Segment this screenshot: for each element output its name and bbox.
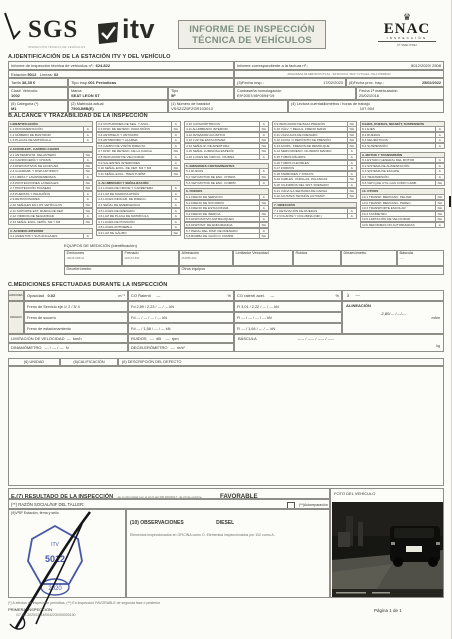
checklist-item-label: 1.IDENTIFICACIÓN <box>9 122 92 126</box>
invoice-number-value: 5012/2020/ 2508 <box>411 62 441 69</box>
checklist-item-label: 9. MOTOR Y TRANSMISIÓN <box>361 153 444 157</box>
checklist-item-status: A <box>435 138 445 142</box>
checklist-item-status: A <box>171 192 181 196</box>
freno-estacionamiento-label: Freno de estacionamiento <box>24 323 128 334</box>
ruidos-db-value: --- <box>150 336 154 341</box>
checklist-item-status: NA <box>347 127 357 131</box>
report-number-label: Informe de inspección técnica de vehícul… <box>11 63 95 68</box>
ruidos-rpm-unit: rpm <box>172 336 179 341</box>
checklist-item-label: 3.9 SALIENTES INTERIORES <box>97 161 171 165</box>
frenado-row-label: FRENADO <box>8 301 24 334</box>
checklist-item-status: NA <box>83 164 93 168</box>
dinamometro-unit: N <box>66 345 69 350</box>
checklist-item-label: 2.9 RETROVISORES <box>9 197 83 201</box>
checklist-item-status: A <box>259 181 269 185</box>
checklist-item-label: 6.9 INDICADOR DE BAJA PRESIÓN <box>273 122 347 126</box>
alineacion-unit: m/km <box>346 316 440 320</box>
sgs-logo-caption: INSPECCIÓN TÉCNICA DE VEHÍCULOS <box>28 46 85 49</box>
defect-list-empty-area <box>8 366 444 486</box>
checklist-item-status: A <box>171 220 181 224</box>
checklist-item-status: NA <box>259 223 269 227</box>
checklist-item-status: A <box>259 155 269 159</box>
checklist-item-status: A <box>435 133 445 137</box>
checklist-item-label: 6.20 CILINDROS DEL SIST. FRENADO <box>273 183 347 187</box>
checklist-item-status: NA <box>83 153 93 157</box>
checklist-item-label: 2.ACOND.EXT., CARROC.CHASIS <box>9 147 92 151</box>
checklist-item-status: A <box>171 209 181 213</box>
checklist-item-status: NA <box>83 169 93 173</box>
equipment-cell: Ruidos <box>293 250 341 266</box>
checklist-item-status: NA <box>259 234 269 238</box>
equipment-cell: Báscula----- <box>397 250 444 266</box>
checklist-item-label: 8.2 RUEDAS <box>361 133 435 137</box>
section-a-title: A.IDENTIFICACIÓN DE LA ESTACIÓN ITV Y DE… <box>8 54 171 60</box>
checklist-item-label: 4.11 ALUMBRADO INTERIOR <box>185 127 259 131</box>
checklist-item-status: NA <box>171 149 181 153</box>
bascula-value: ----- / ----- / ----- / ----- <box>298 336 335 341</box>
checklist-item-label: 4.10 CATADIÓPTRICOS <box>185 122 259 126</box>
checklist-item-status: A <box>259 169 269 173</box>
enac-name: ENAC <box>378 22 436 36</box>
field-opacidad: Opacidad 0.02 m⁻¹ <box>24 290 128 301</box>
lectura-km-value: 107.904 <box>291 106 443 111</box>
checklist-item-label: 6.1 FRENO DE SERVICIO <box>185 195 259 199</box>
equipment-cell: Decelerómetro <box>64 266 179 275</box>
fecha-matriculacion-value: 25/02/2016 <box>359 93 443 98</box>
checklist-item-status: A <box>83 133 93 137</box>
field-tipo: Tipo 5F <box>168 87 234 100</box>
field-fecha-matriculacion: Fecha 1ª matriculación 25/02/2016 <box>356 87 444 100</box>
checklist-item-status: NA <box>171 166 181 170</box>
checklist-item-label: 3.7 DISP. DE RETENC. DE LA CARGA <box>97 149 171 153</box>
checklist-column-1: 1.IDENTIFICACIÓN1.1 DOCUMENTACIÓNA1.2 NÚ… <box>8 121 93 239</box>
checklist-item-label: 1.1 DOCUMENTACIÓN <box>9 127 83 131</box>
checklist-item-status: A <box>83 214 93 218</box>
checklist-item-label: 5.3 VEH.MOTOR DE ENC. COMPR. <box>185 181 259 185</box>
bascula-label: BÁSCULA <box>238 336 256 341</box>
checklist-item-label: 2.6 PROTECCIONES LATERALES <box>9 181 83 185</box>
checklist-item-status: NA <box>171 172 181 176</box>
field-dinamometro: DINAMÓMETRO --- / --- / --- N <box>8 343 128 352</box>
checklist-item-label: 4.5 LUCES DE FRENADO <box>97 209 171 213</box>
tipo-inspeccion-value: 001 Periodicas <box>88 80 116 85</box>
equipment-label: Limitador Velocidad <box>234 251 292 256</box>
emisiones-row-label: EMISIONES <box>8 290 24 301</box>
checklist-item-status: A <box>83 197 93 201</box>
station-value: 5012 <box>27 72 36 77</box>
field-resultado: E.(7) RESULTADO DE LA INSPECCIÓN de conf… <box>8 488 330 499</box>
field-alineacion: ALINEACIÓN -2,80/--- /---/--- m/km <box>342 301 444 334</box>
checklist-item-label: 2.11 SOPORTE EXT. RUEDA DE REP. <box>9 209 83 213</box>
checklist-item-label: 10.5 LIMITACIÓN DE VELOCIDAD <box>361 217 435 221</box>
checklist-item: 4.9 LUZ DE GÁLIBONA <box>96 230 181 236</box>
co-ralenti-unit: % <box>227 291 231 301</box>
checklist-item-status: A <box>347 155 357 159</box>
limitacion-unit: km/h <box>73 336 82 341</box>
checklist-item-label: 3.3 DISP. DE RETENC. PARA NIÑOS <box>97 127 171 131</box>
checklist-item-status: A <box>259 133 269 137</box>
enac-subtitle: INSPECCIÓN <box>378 36 436 40</box>
checklist-item-label: 3.2 CINTURONES DE SEG. Y ANCL. <box>97 122 171 126</box>
checklist-item-status: NA <box>83 220 93 224</box>
enac-logo: ♛ ENAC INSPECCIÓN Nº 36/EI.IT034 <box>378 13 436 47</box>
equipment-label: Ruidos <box>294 251 340 256</box>
checklist-item-label: 3.11 SEÑAL.EXCL. TREN TURÍST. <box>97 172 171 176</box>
checklist-item-label: 2.8 PUERTAS Y PELDAÑOS <box>9 192 83 196</box>
freno-socorro-label: Freno de socorro <box>24 312 128 323</box>
checklist-item-status: NA <box>171 231 181 235</box>
checklist-item-status: NA <box>347 189 357 193</box>
fecha-proxima-value: 25/02/2022 <box>422 79 441 86</box>
checklist-item-label: 6.4 FRENO DE INERCIA <box>185 212 259 216</box>
checklist-item: 6.8 BOMBA DE VACÍO O COMPR.NA <box>184 233 269 239</box>
categoria-value: M1 <box>11 106 67 111</box>
checklist-item-status: NA <box>259 138 269 142</box>
observaciones-note: Elementos inspeccionados en OFICINA como… <box>130 533 329 537</box>
equipment-label: Dinamómetro <box>342 251 396 256</box>
checklist-item-label: 3. ACONDIC.INTERIOR <box>9 229 92 233</box>
equipment-label: Decelerómetro <box>65 267 178 272</box>
field-limitacion-velocidad: LIMITACIÓN DE VELOCIDAD --- km/h <box>8 334 128 343</box>
checklist-item-label: 4.15 SEÑAL LUMINOSA ESPECÍF. <box>185 149 259 153</box>
checklist-item-label: 6.10 VÁLV. Y REGUL. FRENO MANO <box>273 127 347 131</box>
equipment-value: ----- <box>398 256 443 260</box>
checklist-item-status: A <box>83 175 93 179</box>
checklist-item-label: 4.14 SEÑALIZ. DE APERTURA <box>185 144 259 148</box>
checklist-item-label: 8.3 NEUMÁTICOS <box>361 138 435 142</box>
checklist-item-label: 5. EMISIONES CONTAMINANTES <box>185 164 268 168</box>
checklist-item-label: 6.14 SERVOFRENO. CILINDRO MANDO <box>273 149 347 153</box>
tarifa-value: 38,35 € <box>22 80 35 85</box>
checklist-item: 3.1 ASIENTOS Y SUS ANCLAJESA <box>8 233 93 239</box>
section-b-title: B.ALCANCE Y TRAZABILIDAD DE LA INSPECCIÓ… <box>8 113 148 119</box>
scanned-inspection-report: SGS INSPECCIÓN TÉCNICA DE VEHÍCULOS itv … <box>0 0 452 639</box>
checklist-item-label: 6.7 PEDAL DEL DISP. DE FRENADO <box>185 229 259 233</box>
checklist-item-status: A <box>171 161 181 165</box>
checklist-item-label: 2.10 SEÑALES EN LOS VEHÍCULOS <box>9 203 83 207</box>
checklist-item-label: 6.19 CABLES, VARILLAS, PALANCAS <box>273 177 347 181</box>
freno-socorro-fd: Fd --- / --- / --- / --- kN <box>128 312 234 323</box>
checklist-item-label: 9.1 ESTADO GENERAL DEL MOTOR <box>361 158 435 162</box>
co-acelerado-label: CO ralentí acel. <box>237 293 265 298</box>
checklist-item-status: A <box>435 127 445 131</box>
checklist-item-status: NA <box>435 206 445 210</box>
stamp-top-text: ITV <box>51 542 59 548</box>
checklist-item-status: NA <box>83 186 93 190</box>
observaciones-label: (10) OBSERVACIONES <box>130 520 184 526</box>
field-taller: (**) RAZÓN SOCIAL/NIF DEL TALLER: (**)Au… <box>8 499 330 509</box>
co-ralenti-label: CO Ralentí <box>131 293 151 298</box>
freno-socorro-fi: Fi --- / --- / --- / --- kN <box>234 312 342 323</box>
opacidad-unit: m⁻¹ <box>118 291 125 301</box>
checklist-column-5: 8.EJES, RUEDAS, NEUMÁT, SUSPENSIÓN8.1 EJ… <box>360 121 445 228</box>
lines-label: Líneas: <box>40 72 53 77</box>
checklist-item-label: 9.5 VEH.QUE UTIL.GAS COMO CARB. <box>361 181 435 185</box>
checklist-item: 7.2 VOLANTE Y COLUMNA (DIR.)A <box>272 213 357 219</box>
checklist-item-label: 6.22 AJUSTES TENSIÓN AUTOMÁT. <box>273 194 347 198</box>
checklist-item-label: 6.13 ACOPL. FRENOS DE REMOLQUE <box>273 144 347 148</box>
co-acelerado-unit: % <box>335 291 339 301</box>
checklist-item-status: NA <box>347 133 357 137</box>
checklist-column-2: 3.2 CINTURONES DE SEG. Y ANCL.A3.3 DISP.… <box>96 121 181 236</box>
ruidos-db-unit: dB <box>156 336 161 341</box>
equipment-cell: Dinamómetro <box>341 250 397 266</box>
checklist-item-status: A <box>435 223 445 227</box>
checklist-item-label: 10.3 TRANSPORTE ESCOLAR <box>361 206 435 210</box>
report-title: INFORME DE INSPECCIÓN TÉCNICA DE VEHÍCUL… <box>178 20 326 49</box>
checklist-item-label: 4.3 LUCES INDICAD. DE DIRECC. <box>97 197 171 201</box>
checklist-item-label: 2.1 ANTIEMPOTR. DELANTERO <box>9 153 83 157</box>
checklist-item-status: NA <box>347 122 357 126</box>
checklist-item-status: NA <box>259 127 269 131</box>
checklist-item-label: 6.21 VÁLVULA SENSORA DE CARGA <box>273 189 347 193</box>
checklist-item-label: 2.12 VIDRIOS DE SEGURIDAD <box>9 214 83 218</box>
checklist-item-status: NA <box>259 212 269 216</box>
checklist-item-status: A <box>83 127 93 131</box>
checklist-item-status: A <box>259 122 269 126</box>
freno-estacionamiento-fi: Fi --- / 1,64 / --- / --- kN <box>234 323 342 334</box>
footer-code: /17-02-2020/11:43/004223/000000130 <box>16 613 76 617</box>
checklist-item-label: 8.4 SUSPENSIÓN <box>361 144 435 148</box>
checklist-item-label: 5.2 VEH.MOTOR DE ENC. CHISPA <box>185 175 259 179</box>
field-fecha-proxima: (8)Fecha prox. insp.: 25/02/2022 <box>346 78 444 87</box>
checklist-item-label: 10.1 TRANSP. MERCANC. PELIGR. <box>361 195 435 199</box>
bastidor-value: VSSZZZ5FZGR103013 <box>171 106 287 111</box>
checklist-item-label: 6.5 DISPOSITIVO ANTIBLOQUEO <box>185 217 259 221</box>
report-title-line2: TÉCNICA DE VEHÍCULOS <box>179 35 325 46</box>
checklist-item-label: 4.13 LUZ DE ESTACIONAM. <box>185 138 259 142</box>
checklist-item-label: 4.8 LUCES ANTINIEBLA <box>97 225 171 229</box>
checklist-item-status: NA <box>347 177 357 181</box>
checklist-item-status: A <box>171 225 181 229</box>
freno-estacionamiento-fd: Fd --- / 1,58 / --- / --- kN <box>128 323 234 334</box>
field-clasificacion: Clasif. Vehículo: 1002 <box>8 87 68 100</box>
checklist-item-label: 4. ALUMBRADO Y SEÑALIZACIÓN <box>97 181 180 185</box>
field-bastidor: (1) Número de bastidor VSSZZZ5FZGR103013 <box>168 100 288 113</box>
fecha-inspeccion-value: 17/02/2020 <box>323 79 343 86</box>
checklist-item-label: 10. OTROS <box>361 189 444 193</box>
checklist-item-status: NA <box>259 149 269 153</box>
checklist-item-status: NA <box>347 194 357 198</box>
checklist-item-label: 3.10 SEÑAL.EXCL. DE VEH. M2 Y M3 <box>97 166 171 170</box>
checklist-item-status: A <box>171 197 181 201</box>
checklist-item-status: A <box>435 158 445 162</box>
checklist-item-label: 7.1 DESVIACIÓN DE RUEDAS <box>273 209 347 213</box>
scan-corner-mark <box>3 11 23 43</box>
checklist-item-label: 7.2 VOLANTE Y COLUMNA (DIR.) <box>273 214 347 218</box>
checklist-column-3: 4.10 CATADIÓPTRICOSA4.11 ALUMBRADO INTER… <box>184 121 269 239</box>
checklist-item-status: A <box>347 172 357 176</box>
checklist-item-status: A <box>171 138 181 142</box>
checklist-item-label: 4.7 LUCES DE POSICIÓN <box>97 220 171 224</box>
field-categoria: (5) Categoría (*) M1 <box>8 100 68 113</box>
limitacion-label: LIMITACIÓN DE VELOCIDAD <box>11 336 65 341</box>
checklist-item-status: A <box>259 217 269 221</box>
vehicle-photo-label: FOTO DEL VEHÍCULO <box>331 489 443 496</box>
checklist-item-status: NA <box>171 127 181 131</box>
co-acelerado-value: --- <box>270 293 274 298</box>
marca-value: SEAT LEON ST <box>71 93 167 98</box>
defect-col-calificacion: (6)CALIFICACIÓN <box>60 358 118 366</box>
checklist-item-status: A <box>435 164 445 168</box>
fecha-inspeccion-label: (3)Fecha insp.: <box>237 79 264 86</box>
checklist-item-label: 4.6 LUZ DE PLACA DE MATRÍCULA <box>97 214 171 218</box>
equipment-value: 19049-52B/41 <box>65 256 121 260</box>
vehicle-photo <box>332 502 443 597</box>
checklist-item-status: A <box>347 161 357 165</box>
matricula-value: 7503JMB(E) <box>71 106 167 111</box>
checklist-item-label: 1.2 NÚMERO DE BASTIDOR <box>9 133 83 137</box>
itv-emblem-icon <box>96 21 120 45</box>
sgs-logo: SGS <box>28 18 78 42</box>
checklist-item-label: 9.2 SISTEMA DE ALIMENTACIÓN <box>361 164 435 168</box>
enac-accreditation-number: Nº 36/EI.IT034 <box>378 41 436 47</box>
checklist-item-label: 6.2 FRENO DE SOCORRO <box>185 201 259 205</box>
checklist-item-label: 3.6 CAMPO DE VISIÓN DIRECTA <box>97 144 171 148</box>
decelerometro-unit: m/s² <box>177 345 185 350</box>
checklist-item-label: 2.7 PROTECCIÓN TRASERA <box>9 186 83 190</box>
checklist-item-status: A <box>259 195 269 199</box>
checklist-item-status: NA <box>259 144 269 148</box>
checklist-item-label: 2.5 LIMPIA Y LAVAPARABRISAS <box>9 175 83 179</box>
checklist-item-label: 10.2 TRANSP. MERCANC. PEREC. <box>361 201 435 205</box>
equipment-label: Otros equipos <box>180 267 443 272</box>
field-lambda: λ --- <box>342 290 444 301</box>
tipo-value: 5F <box>171 93 233 98</box>
checklist-item-label: 3.8 INDICADOR DE VELOCIDAD <box>97 155 171 159</box>
checklist-item-label: 2.3 DISPOSITIVOS DE ACOPLAM. <box>9 164 83 168</box>
checklist-item-label: 2.2 CARROCERÍA Y CHASIS <box>9 158 83 162</box>
checklist-item-status: A <box>171 186 181 190</box>
checklist-item-status: A <box>83 138 93 142</box>
checklist-item-status: A <box>347 166 357 170</box>
checklist-item-status: NA <box>83 181 93 185</box>
ruidos-rpm-value: --- <box>166 336 170 341</box>
field-decelerometro: DECELERÓMETRO --- m/s² <box>128 343 234 352</box>
report-title-line1: INFORME DE INSPECCIÓN <box>179 24 325 35</box>
checklist-item-label: 10.6 REFORMAS NO AUTORIZADAS <box>361 223 435 227</box>
opacidad-value: 0.02 <box>47 293 55 298</box>
checklist-item-status: A <box>435 169 445 173</box>
defect-col-unidad: (6) UNIDAD <box>8 358 60 366</box>
contrasena-value: E9*2007/46*0094*19 <box>237 93 355 98</box>
checklist-item-status: A <box>347 214 357 218</box>
checklist-item-status: A <box>83 234 93 238</box>
field-ruidos: RUIDOS --- dB --- rpm <box>128 334 234 343</box>
vobo-label: (9)VºBº Estación, firma y sello <box>11 511 59 515</box>
checklist-item-label: 5.1 RUIDOS <box>185 169 259 173</box>
equipment-title: EQUIPOS DE MEDICIÓN (identificación) <box>64 243 137 248</box>
field-tipo-inspeccion: Tipo insp.001 Periodicas <box>68 78 234 87</box>
checklist-item-label: 3.5 ANTIRROBO Y ALARMA <box>97 138 171 142</box>
co-ralenti-value: --- <box>156 293 160 298</box>
field-matricula: (2) Matrícula actual 7503JMB(E) <box>68 100 168 113</box>
checklist-item-label: 4.4 SEÑAL DE EMERGENCIA <box>97 203 171 207</box>
checklist-item-label: 6.12 ACUM. O DEPÓSITO DE PRESIÓN <box>273 138 347 142</box>
dinamometro-label: DINAMÓMETRO <box>11 345 41 350</box>
checklist-item-status: NA <box>259 201 269 205</box>
checklist-item-label: 2.4 GUARDAB. Y DISP.ANTIPROY. <box>9 169 83 173</box>
checklist-item-label: 4.12 AVISADOR ACÚSTICO <box>185 133 259 137</box>
equipment-cell: Otros equipos <box>179 266 444 275</box>
field-tarifa: Tarifa 38,35 € <box>8 78 68 87</box>
checklist-item: 10.6 REFORMAS NO AUTORIZADASA <box>360 222 445 228</box>
tipo-inspeccion-label: Tipo insp. <box>71 80 88 85</box>
equipment-cell: Alineación451885-002 <box>179 250 233 266</box>
station-label: Estación: <box>11 72 27 77</box>
section-c-title: C.MEDICIONES EFECTUADAS DURANTE LA INSPE… <box>8 282 167 288</box>
checklist-item-label: 3.1 ASIENTOS Y SUS ANCLAJES <box>9 234 83 238</box>
checklist-item-status: A <box>171 122 181 126</box>
bascula-unit: kg <box>238 344 440 348</box>
checklist-item-label: 4.9 LUZ DE GÁLIBO <box>97 231 171 235</box>
alineacion-label: ALINEACIÓN <box>346 303 440 308</box>
checklist-item-status: A <box>83 158 93 162</box>
checklist-item-status: A <box>171 133 181 137</box>
equipment-cell: Frenado420673-894 <box>122 250 179 266</box>
checklist-item-status: NA <box>435 201 445 205</box>
vehicle-photo-box: FOTO DEL VEHÍCULO <box>330 488 444 598</box>
limitacion-value: --- <box>67 336 71 341</box>
report-number-value: 624.822 <box>96 63 110 68</box>
dinamometro-value: --- / --- / --- <box>45 345 64 350</box>
defect-col-descripcion: (6) DESCRIPCIÓN DEL DEFECTO <box>118 358 444 366</box>
field-co-acelerado: CO ralentí acel. --- % <box>234 290 342 301</box>
field-invoice-number: Informe correspondiente a la factura nº.… <box>234 61 444 70</box>
checklist-item-status: NA <box>435 195 445 199</box>
checklist-item-status: NA <box>435 212 445 216</box>
station-company-line: ARAGONESA DE SERVICIOS ITV,SA - "ESTACIO… <box>234 70 444 78</box>
field-report-number: Informe de inspección técnica de vehícul… <box>8 61 234 70</box>
checklist-item-label: 6.6 DISPOSIT. DE ENDURANCIA <box>185 223 259 227</box>
field-bascula: BÁSCULA ----- / ----- / ----- / ----- kg <box>234 334 444 352</box>
stamp-station-number: 5012 <box>45 554 65 564</box>
station-stamp: ITV 5012 2020 <box>22 524 88 598</box>
lines-value: 02 <box>54 72 58 77</box>
itv-logo: itv <box>122 14 155 45</box>
checklist-item-label: 4.2 LUZ DE MARCHA ATRÁS <box>97 192 171 196</box>
checklist-item-status: A <box>435 175 445 179</box>
checklist-item-label: 6.16 TUBOS FLEXIBLES <box>273 161 347 165</box>
equipment-cell: Limitador Velocidad <box>233 250 293 266</box>
autoreparacion-label: (**)Autoreparación <box>299 501 328 509</box>
freno-servicio-fd: Fd 2,89 / 2,23 / --- / --- kN <box>128 301 234 312</box>
checklist-item-status: NA <box>347 144 357 148</box>
lambda-value: --- <box>356 293 361 298</box>
checklist-item-status: NA <box>83 203 93 207</box>
field-contrasena: Contraseña homologación E9*2007/46*0094*… <box>234 87 356 100</box>
decelerometro-label: DECELERÓMETRO <box>131 345 167 350</box>
opacidad-label: Opacidad <box>27 293 44 298</box>
tarifa-label: Tarifa <box>11 80 21 85</box>
field-observaciones: (10) OBSERVACIONES DIESEL Elementos insp… <box>126 509 330 598</box>
checklist-item-status: A <box>259 229 269 233</box>
field-co-ralenti: CO Ralentí --- % <box>128 290 234 301</box>
equipment-value: 451885-002 <box>180 256 232 260</box>
checklist-item-label: 8.EJES, RUEDAS, NEUMÁT, SUSPENSIÓN <box>361 122 444 126</box>
checklist-item-status: NA <box>83 209 93 213</box>
checklist-item-label: 6. FRENOS <box>185 189 268 193</box>
invoice-number-label: Informe correspondiente a la factura nº.… <box>237 62 308 69</box>
checklist-item-status: NA <box>435 217 445 221</box>
autoreparacion-checkbox <box>287 502 295 509</box>
equipment-cell: Emisiones19049-52B/41 <box>64 250 122 266</box>
page-number: Página 1 de 1 <box>374 608 402 613</box>
field-fecha-inspeccion: (3)Fecha insp.: 17/02/2020 <box>234 78 346 87</box>
checklist-item-label: 8.1 EJES <box>361 127 435 131</box>
checklist-item-label: 9.4 TRANSMISIÓN <box>361 175 435 179</box>
taller-label: (**) RAZÓN SOCIAL/NIF DEL TALLER: <box>11 502 84 507</box>
